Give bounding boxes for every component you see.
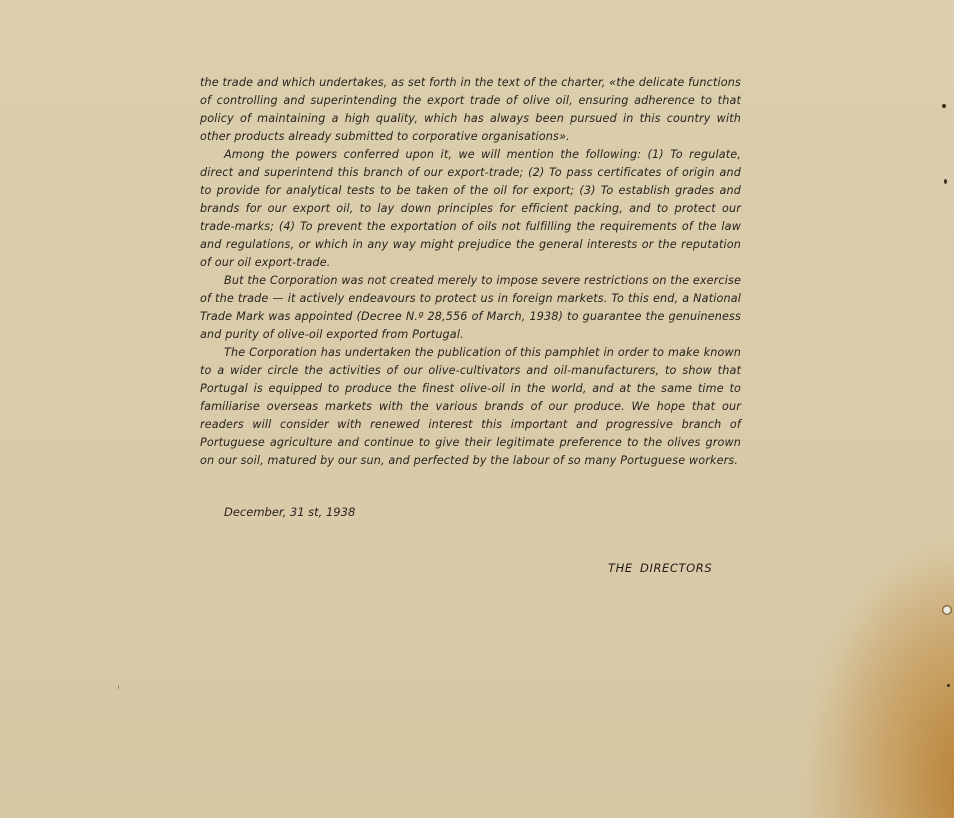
paragraph-pamphlet-purpose: The Corporation has undertaken the publi… [200,344,741,470]
paragraph-powers: Among the powers conferred upon it, we w… [200,146,741,272]
paper-speck [942,104,946,108]
paper-speck [944,179,947,184]
paragraph-charter: the trade and which undertakes, as set f… [200,74,741,146]
document-date: December, 31 st, 1938 [224,505,355,519]
punch-hole [942,605,952,615]
paragraph-trade-mark: But the Corporation was not created mere… [200,272,741,344]
paper-page: the trade and which undertakes, as set f… [0,0,954,818]
signature: THE DIRECTORS [608,561,712,575]
paper-speck [118,685,119,689]
body-text: the trade and which undertakes, as set f… [200,74,741,470]
paper-speck [947,684,950,687]
